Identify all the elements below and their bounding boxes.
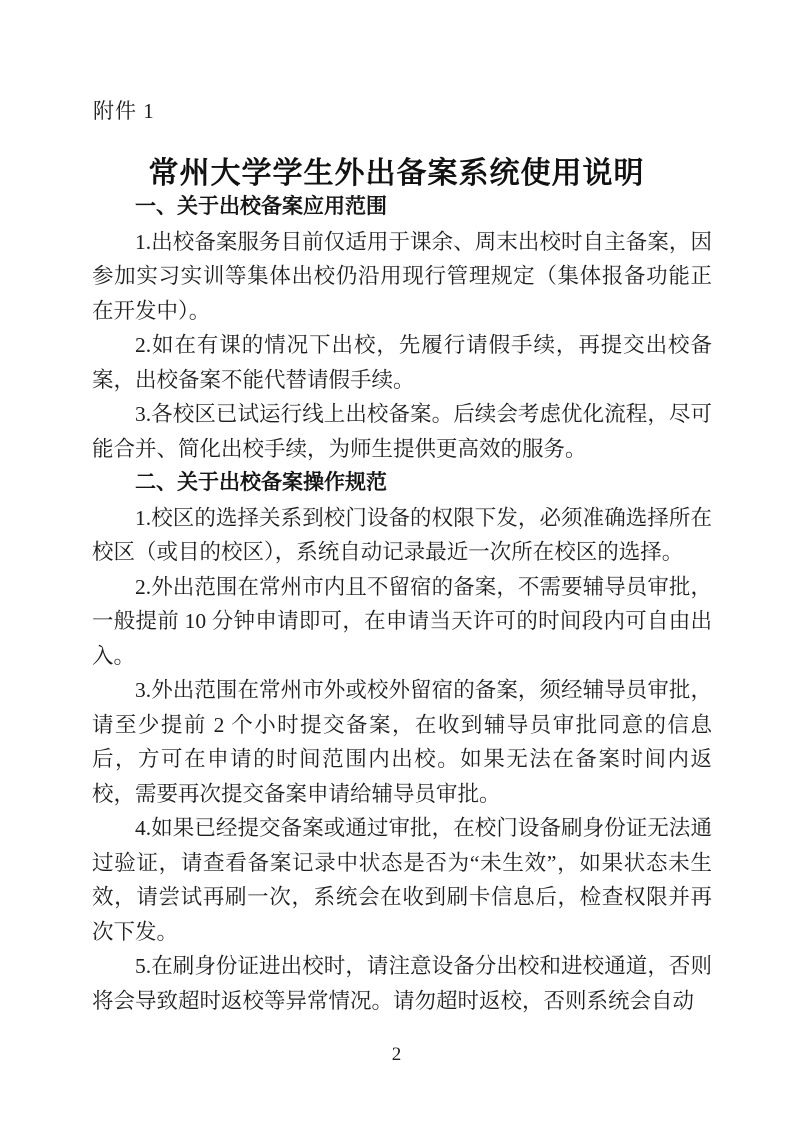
- section-2-heading: 二、关于出校备案操作规范: [92, 466, 712, 501]
- section-2-paragraph-4: 4.如果已经提交备案或通过审批，在校门设备刷身份证无法通过验证，请查看备案记录中…: [92, 811, 712, 949]
- page-number: 2: [0, 1044, 793, 1066]
- section-1-paragraph-2: 2.如在有课的情况下出校，先履行请假手续，再提交出校备案，出校备案不能代替请假手…: [92, 328, 712, 397]
- section-1-heading: 一、关于出校备案应用范围: [92, 190, 712, 225]
- attachment-label: 附件 1: [93, 95, 155, 125]
- document-title: 常州大学学生外出备案系统使用说明: [0, 148, 793, 192]
- document-body: 一、关于出校备案应用范围 1.出校备案服务目前仅适用于课余、周末出校时自主备案，…: [92, 190, 712, 1018]
- section-2-paragraph-5: 5.在刷身份证进出校时，请注意设备分出校和进校通道，否则将会导致超时返校等异常情…: [92, 949, 712, 1018]
- section-1-paragraph-1: 1.出校备案服务目前仅适用于课余、周末出校时自主备案，因参加实习实训等集体出校仍…: [92, 225, 712, 329]
- document-page: 附件 1 常州大学学生外出备案系统使用说明 一、关于出校备案应用范围 1.出校备…: [0, 0, 793, 1122]
- section-1-paragraph-3: 3.各校区已试运行线上出校备案。后续会考虑优化流程，尽可能合并、简化出校手续，为…: [92, 397, 712, 466]
- section-2-paragraph-1: 1.校区的选择关系到校门设备的权限下发，必须准确选择所在校区（或目的校区），系统…: [92, 501, 712, 570]
- section-2-paragraph-3: 3.外出范围在常州市外或校外留宿的备案，须经辅导员审批，请至少提前 2 个小时提…: [92, 673, 712, 811]
- section-2-paragraph-2: 2.外出范围在常州市内且不留宿的备案，不需要辅导员审批，一般提前 10 分钟申请…: [92, 570, 712, 674]
